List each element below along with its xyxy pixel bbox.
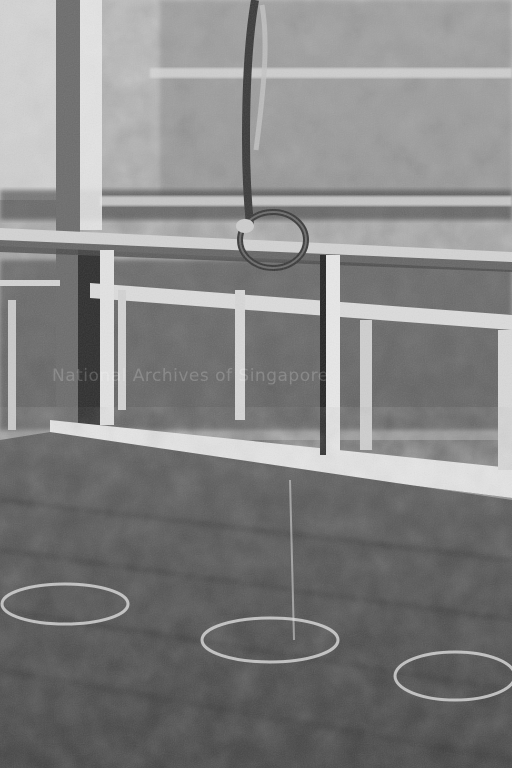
watermark: National Archives of Singapore — [52, 366, 329, 386]
archival-photograph: National Archives of Singapore — [0, 0, 512, 768]
